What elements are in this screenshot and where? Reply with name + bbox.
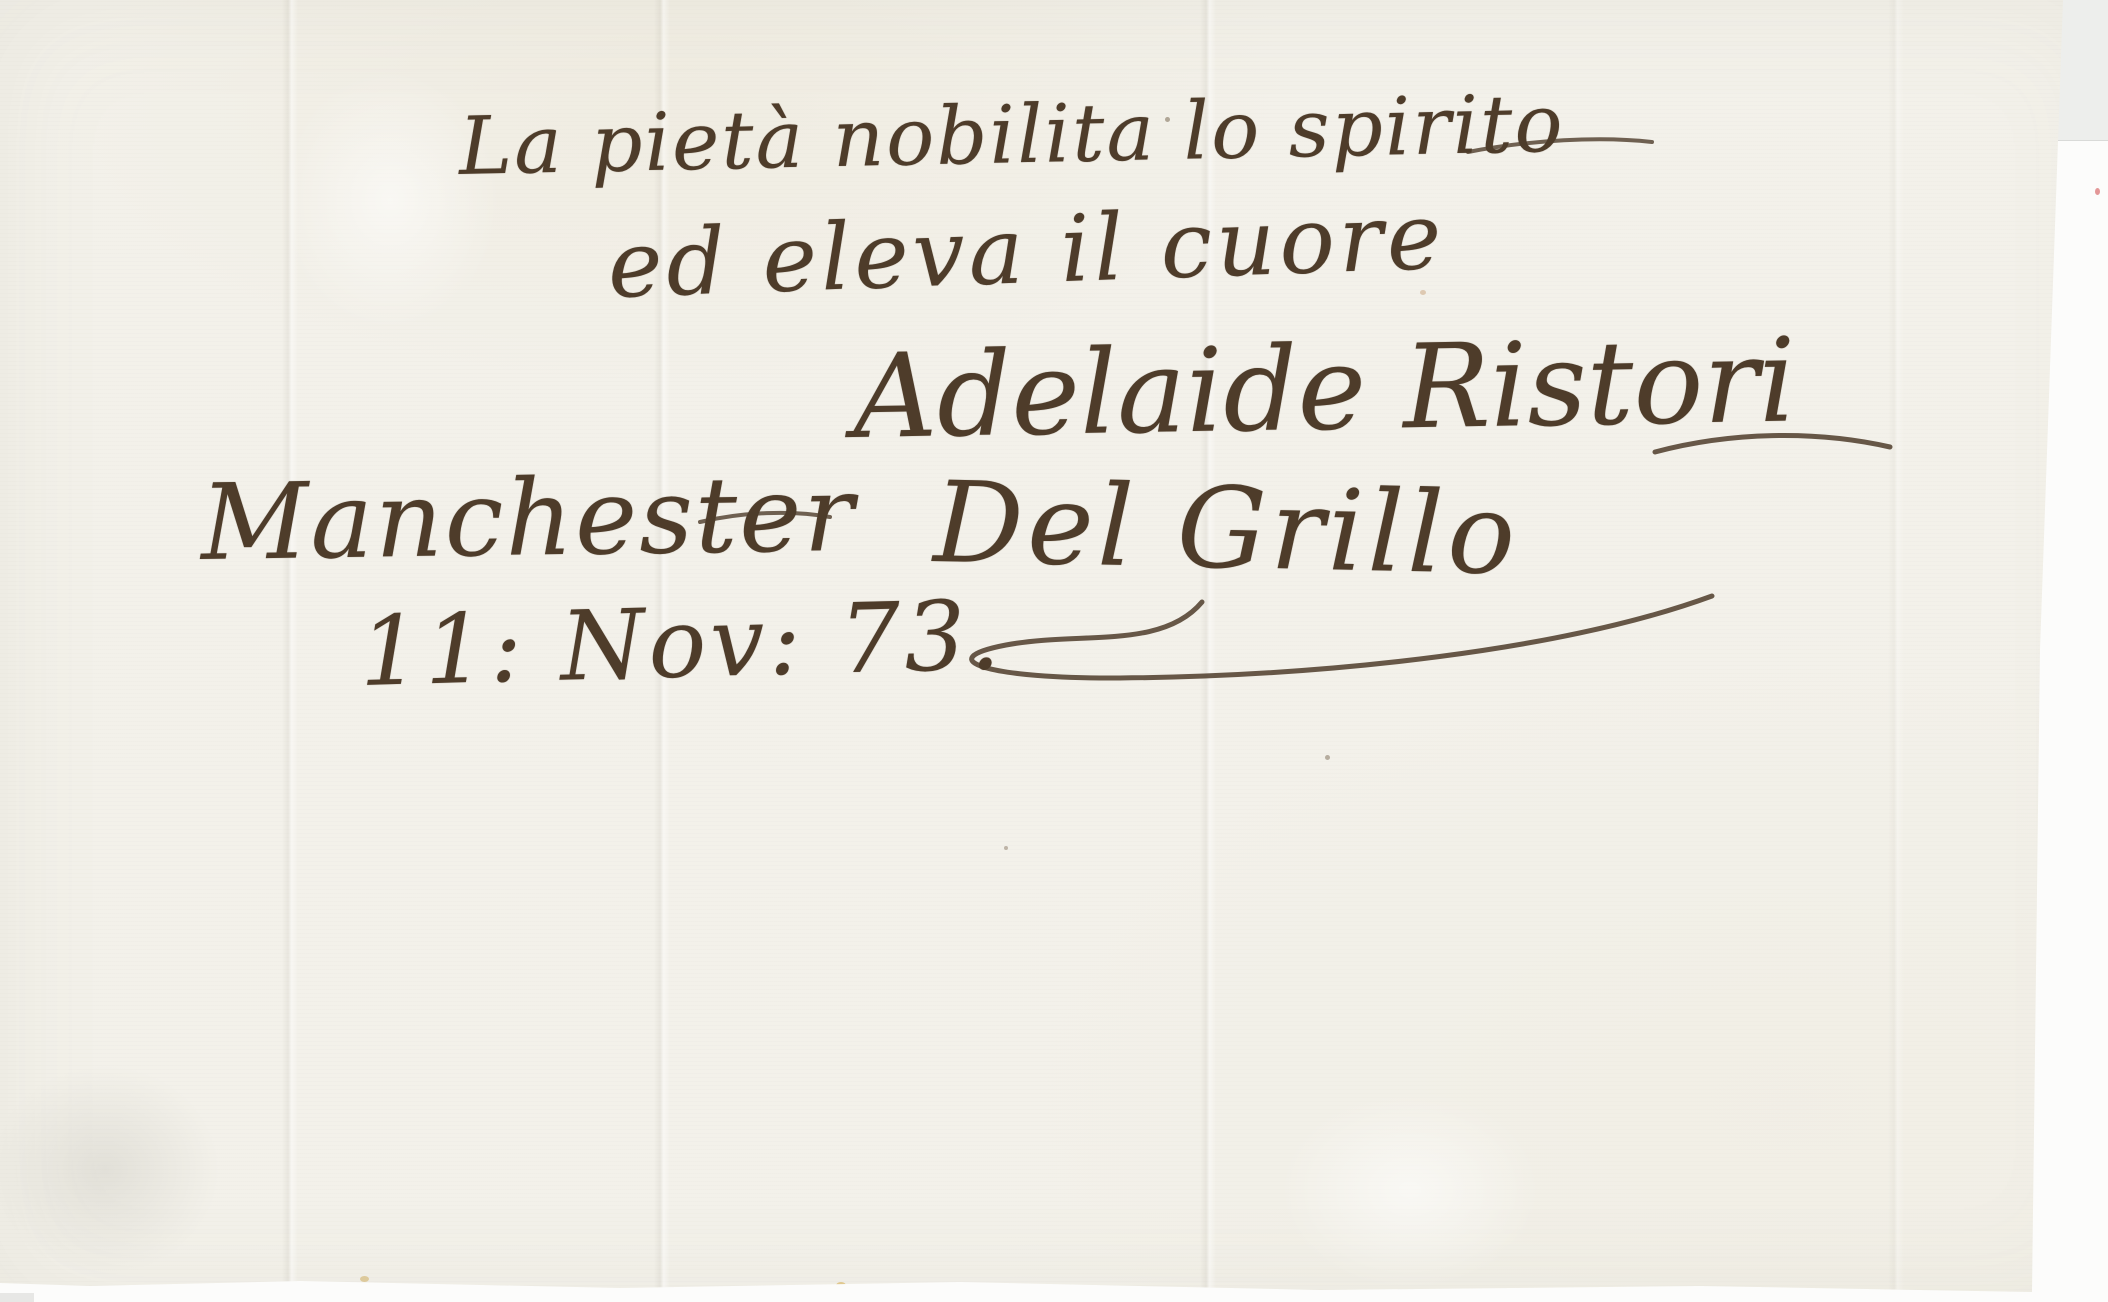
edge-speck <box>360 1276 369 1282</box>
place-line: Manchester <box>200 453 856 584</box>
ink-speck <box>1325 755 1330 760</box>
scanner-bed-corner <box>0 1293 34 1302</box>
quote-line-1: La pietà nobilita lo spirito <box>458 77 1565 193</box>
pen-flourishes <box>0 0 2108 1302</box>
paper-stain <box>0 1065 220 1275</box>
signature-surname: Del Grillo <box>932 458 1520 600</box>
red-fiber-speck <box>2095 188 2100 195</box>
fold-crease-right <box>1888 0 1904 1302</box>
scanned-manuscript: La pietà nobilita lo spirito ed eleva il… <box>0 0 2108 1302</box>
date-line: 11: Nov: 73. <box>358 579 1005 708</box>
signature-name: Adelaide Ristori <box>852 314 1797 465</box>
edge-speck <box>836 1282 846 1289</box>
ink-speck <box>1004 846 1008 850</box>
manuscript-paper: La pietà nobilita lo spirito ed eleva il… <box>0 0 2108 1302</box>
grillo-flourish-loop <box>972 596 1712 678</box>
paper-speck <box>1420 290 1426 295</box>
paper-wrinkle-bottom-right <box>1280 1090 1540 1290</box>
fold-crease-left <box>282 0 298 1302</box>
quote-line-2: ed eleva il cuore <box>606 183 1447 319</box>
